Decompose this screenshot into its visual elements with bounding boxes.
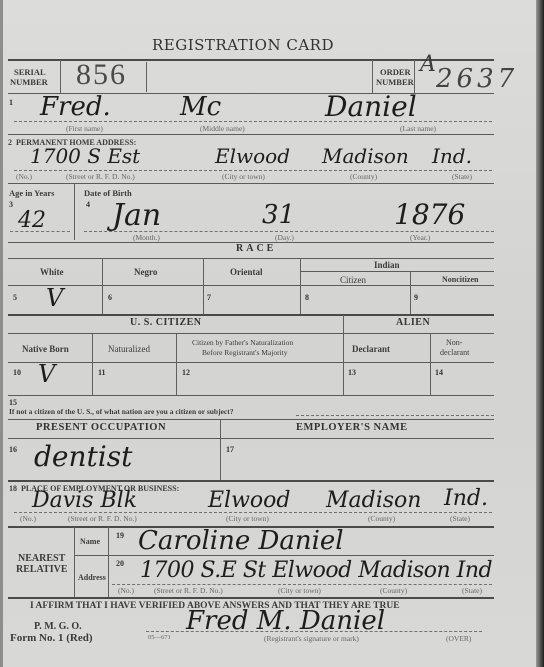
- card-right-edge: [536, 0, 544, 667]
- field-number: 1: [9, 98, 13, 107]
- caption: (City or town): [222, 172, 265, 181]
- caption: (Middle name): [200, 124, 245, 133]
- native-born-mark: V: [38, 360, 55, 388]
- field-number: 12: [182, 368, 190, 377]
- alien-title: ALIEN: [396, 317, 430, 328]
- dotted-line: [14, 121, 492, 122]
- caption: (County): [350, 172, 377, 181]
- employment-city: Elwood: [208, 488, 291, 513]
- field-number: 13: [348, 368, 356, 377]
- dotted-line: [112, 584, 492, 585]
- caption: (City or town): [278, 586, 321, 595]
- relative-address-label: Address: [78, 573, 106, 582]
- divider: [8, 134, 494, 135]
- registration-card: REGISTRATION CARD SERIAL NUMBER 856 ORDE…: [0, 0, 536, 667]
- field-number: 10: [13, 368, 21, 377]
- divider: [108, 527, 109, 597]
- divider: [74, 184, 75, 240]
- divider: [8, 480, 494, 482]
- divider: [8, 395, 494, 396]
- nondeclarant-label-2: declarant: [440, 348, 469, 357]
- birth-year: 1876: [394, 198, 465, 231]
- divider: [8, 438, 494, 439]
- order-label-2: NUMBER: [376, 77, 414, 87]
- divider: [220, 420, 221, 482]
- caption: (State): [462, 586, 482, 595]
- nearest-relative-label-2: RELATIVE: [16, 564, 68, 575]
- dotted-line: [14, 512, 492, 513]
- field-number: 16: [9, 445, 17, 454]
- caption: (Street or R. F. D. No.): [154, 586, 223, 595]
- race-indian-citizen-label: Citizen: [340, 275, 366, 285]
- native-born-label: Native Born: [22, 344, 69, 354]
- employment-county: Madison: [326, 488, 421, 513]
- dotted-line: [10, 231, 70, 232]
- race-white-label: White: [40, 267, 64, 277]
- field-number: 14: [435, 368, 443, 377]
- divider: [8, 258, 494, 259]
- nearest-relative-label: NEAREST: [18, 553, 65, 564]
- divider: [8, 183, 494, 184]
- card-title: REGISTRATION CARD: [152, 36, 334, 54]
- field-number: 19: [116, 531, 124, 540]
- serial-number: 856: [76, 58, 127, 92]
- divider: [203, 258, 204, 314]
- divider: [300, 271, 494, 272]
- relative-address: 1700 S.E St Elwood Madison Ind: [140, 558, 492, 583]
- home-street: 1700 S Est: [30, 144, 140, 168]
- nation-question: If not a citizen of the U. S., of what n…: [9, 407, 234, 416]
- form-number-label: Form No. 1 (Red): [10, 632, 92, 644]
- divider: [410, 271, 411, 314]
- home-city: Elwood: [215, 144, 290, 168]
- dotted-line: [84, 231, 494, 232]
- caption: (State): [452, 172, 472, 181]
- caption: (No.): [118, 586, 134, 595]
- nondeclarant-label: Non-: [446, 338, 462, 347]
- field-number: 6: [108, 293, 112, 302]
- divider: [60, 60, 61, 94]
- divider: [430, 334, 431, 395]
- caption: (Street or R. F. D. No.): [66, 172, 135, 181]
- caption: (No.): [16, 172, 32, 181]
- caption: (Street or R. F. D. No.): [68, 514, 137, 523]
- relative-name-label: Name: [80, 537, 100, 546]
- first-name: Fred.: [40, 92, 111, 122]
- race-white-mark: V: [46, 284, 63, 312]
- field-number: 18: [9, 484, 17, 493]
- father-naturalization-label-2: Before Registrant's Majority: [202, 348, 288, 357]
- dob-label: Date of Birth: [84, 188, 132, 198]
- divider: [414, 60, 415, 94]
- race-title: RACE: [236, 243, 276, 254]
- divider: [8, 285, 494, 286]
- age-value: 42: [18, 208, 46, 233]
- caption: (Day.): [275, 233, 294, 242]
- divider: [300, 258, 301, 314]
- divider: [146, 62, 147, 92]
- caption: (County): [380, 586, 407, 595]
- caption: (Last name): [400, 124, 436, 133]
- employment-state: Ind.: [444, 486, 488, 511]
- dotted-line: [14, 170, 492, 171]
- field-number: 7: [207, 293, 211, 302]
- signature-caption: (Registrant's signature or mark): [264, 634, 359, 643]
- field-number: 17: [226, 445, 234, 454]
- caption: (City or town): [226, 514, 269, 523]
- occupation-title: PRESENT OCCUPATION: [36, 422, 166, 433]
- divider: [343, 315, 344, 395]
- field-number: 8: [305, 293, 309, 302]
- divider: [74, 527, 75, 597]
- field-number: 2: [8, 138, 12, 147]
- serial-label: SERIAL: [14, 67, 46, 77]
- employer-title: EMPLOYER'S NAME: [296, 422, 408, 433]
- caption: (County): [368, 514, 395, 523]
- divider: [8, 314, 494, 316]
- race-indian-label: Indian: [374, 260, 400, 270]
- race-oriental-label: Oriental: [230, 267, 263, 277]
- order-prefix: A: [420, 52, 436, 77]
- divider: [176, 334, 177, 395]
- caption: (State): [450, 514, 470, 523]
- dotted-line: [146, 631, 482, 632]
- field-number: 11: [98, 368, 106, 377]
- birth-day: 31: [262, 200, 295, 230]
- field-number: 5: [13, 293, 17, 302]
- employment-street: Davis Blk: [32, 488, 137, 513]
- naturalized-label: Naturalized: [108, 344, 150, 354]
- home-state: Ind.: [432, 144, 472, 168]
- home-county: Madison: [322, 144, 409, 168]
- caption: (First name): [66, 124, 103, 133]
- field-number: 3: [9, 200, 13, 209]
- divider: [372, 60, 373, 94]
- serial-label-2: NUMBER: [10, 77, 48, 87]
- dotted-line: [296, 415, 494, 416]
- field-number: 20: [116, 559, 124, 568]
- birth-month: Jan: [112, 198, 161, 233]
- divider: [8, 362, 494, 363]
- race-negro-label: Negro: [134, 267, 157, 277]
- caption: (Year.): [410, 233, 430, 242]
- caption: (No.): [20, 514, 36, 523]
- field-number: 9: [414, 293, 418, 302]
- occupation-value: dentist: [34, 440, 132, 473]
- divider: [8, 419, 494, 420]
- order-number: 2637: [436, 64, 518, 94]
- divider: [102, 258, 103, 314]
- field-number: 15: [9, 398, 17, 407]
- card-left-edge: [0, 0, 3, 667]
- over-label: (OVER): [446, 634, 471, 643]
- order-label: ORDER: [380, 67, 411, 77]
- declarant-label: Declarant: [352, 344, 390, 354]
- father-naturalization-label: Citizen by Father's Naturalization: [192, 338, 293, 347]
- field-number: 4: [86, 200, 90, 209]
- form-code: 05—671: [148, 634, 171, 641]
- divider: [92, 334, 93, 395]
- divider: [8, 333, 494, 334]
- relative-name: Caroline Daniel: [138, 526, 344, 556]
- caption: (Month.): [133, 233, 160, 242]
- last-name: Daniel: [325, 90, 417, 123]
- pmgo-label: P. M. G. O.: [34, 621, 82, 632]
- divider: [74, 555, 494, 556]
- age-label: Age in Years: [9, 188, 54, 198]
- serial-label-line1: SERIAL: [14, 67, 46, 77]
- us-citizen-title: U. S. CITIZEN: [130, 317, 202, 328]
- divider: [8, 597, 494, 599]
- middle-name: Mc: [180, 92, 221, 122]
- race-indian-noncitizen-label: Noncitizen: [442, 275, 478, 284]
